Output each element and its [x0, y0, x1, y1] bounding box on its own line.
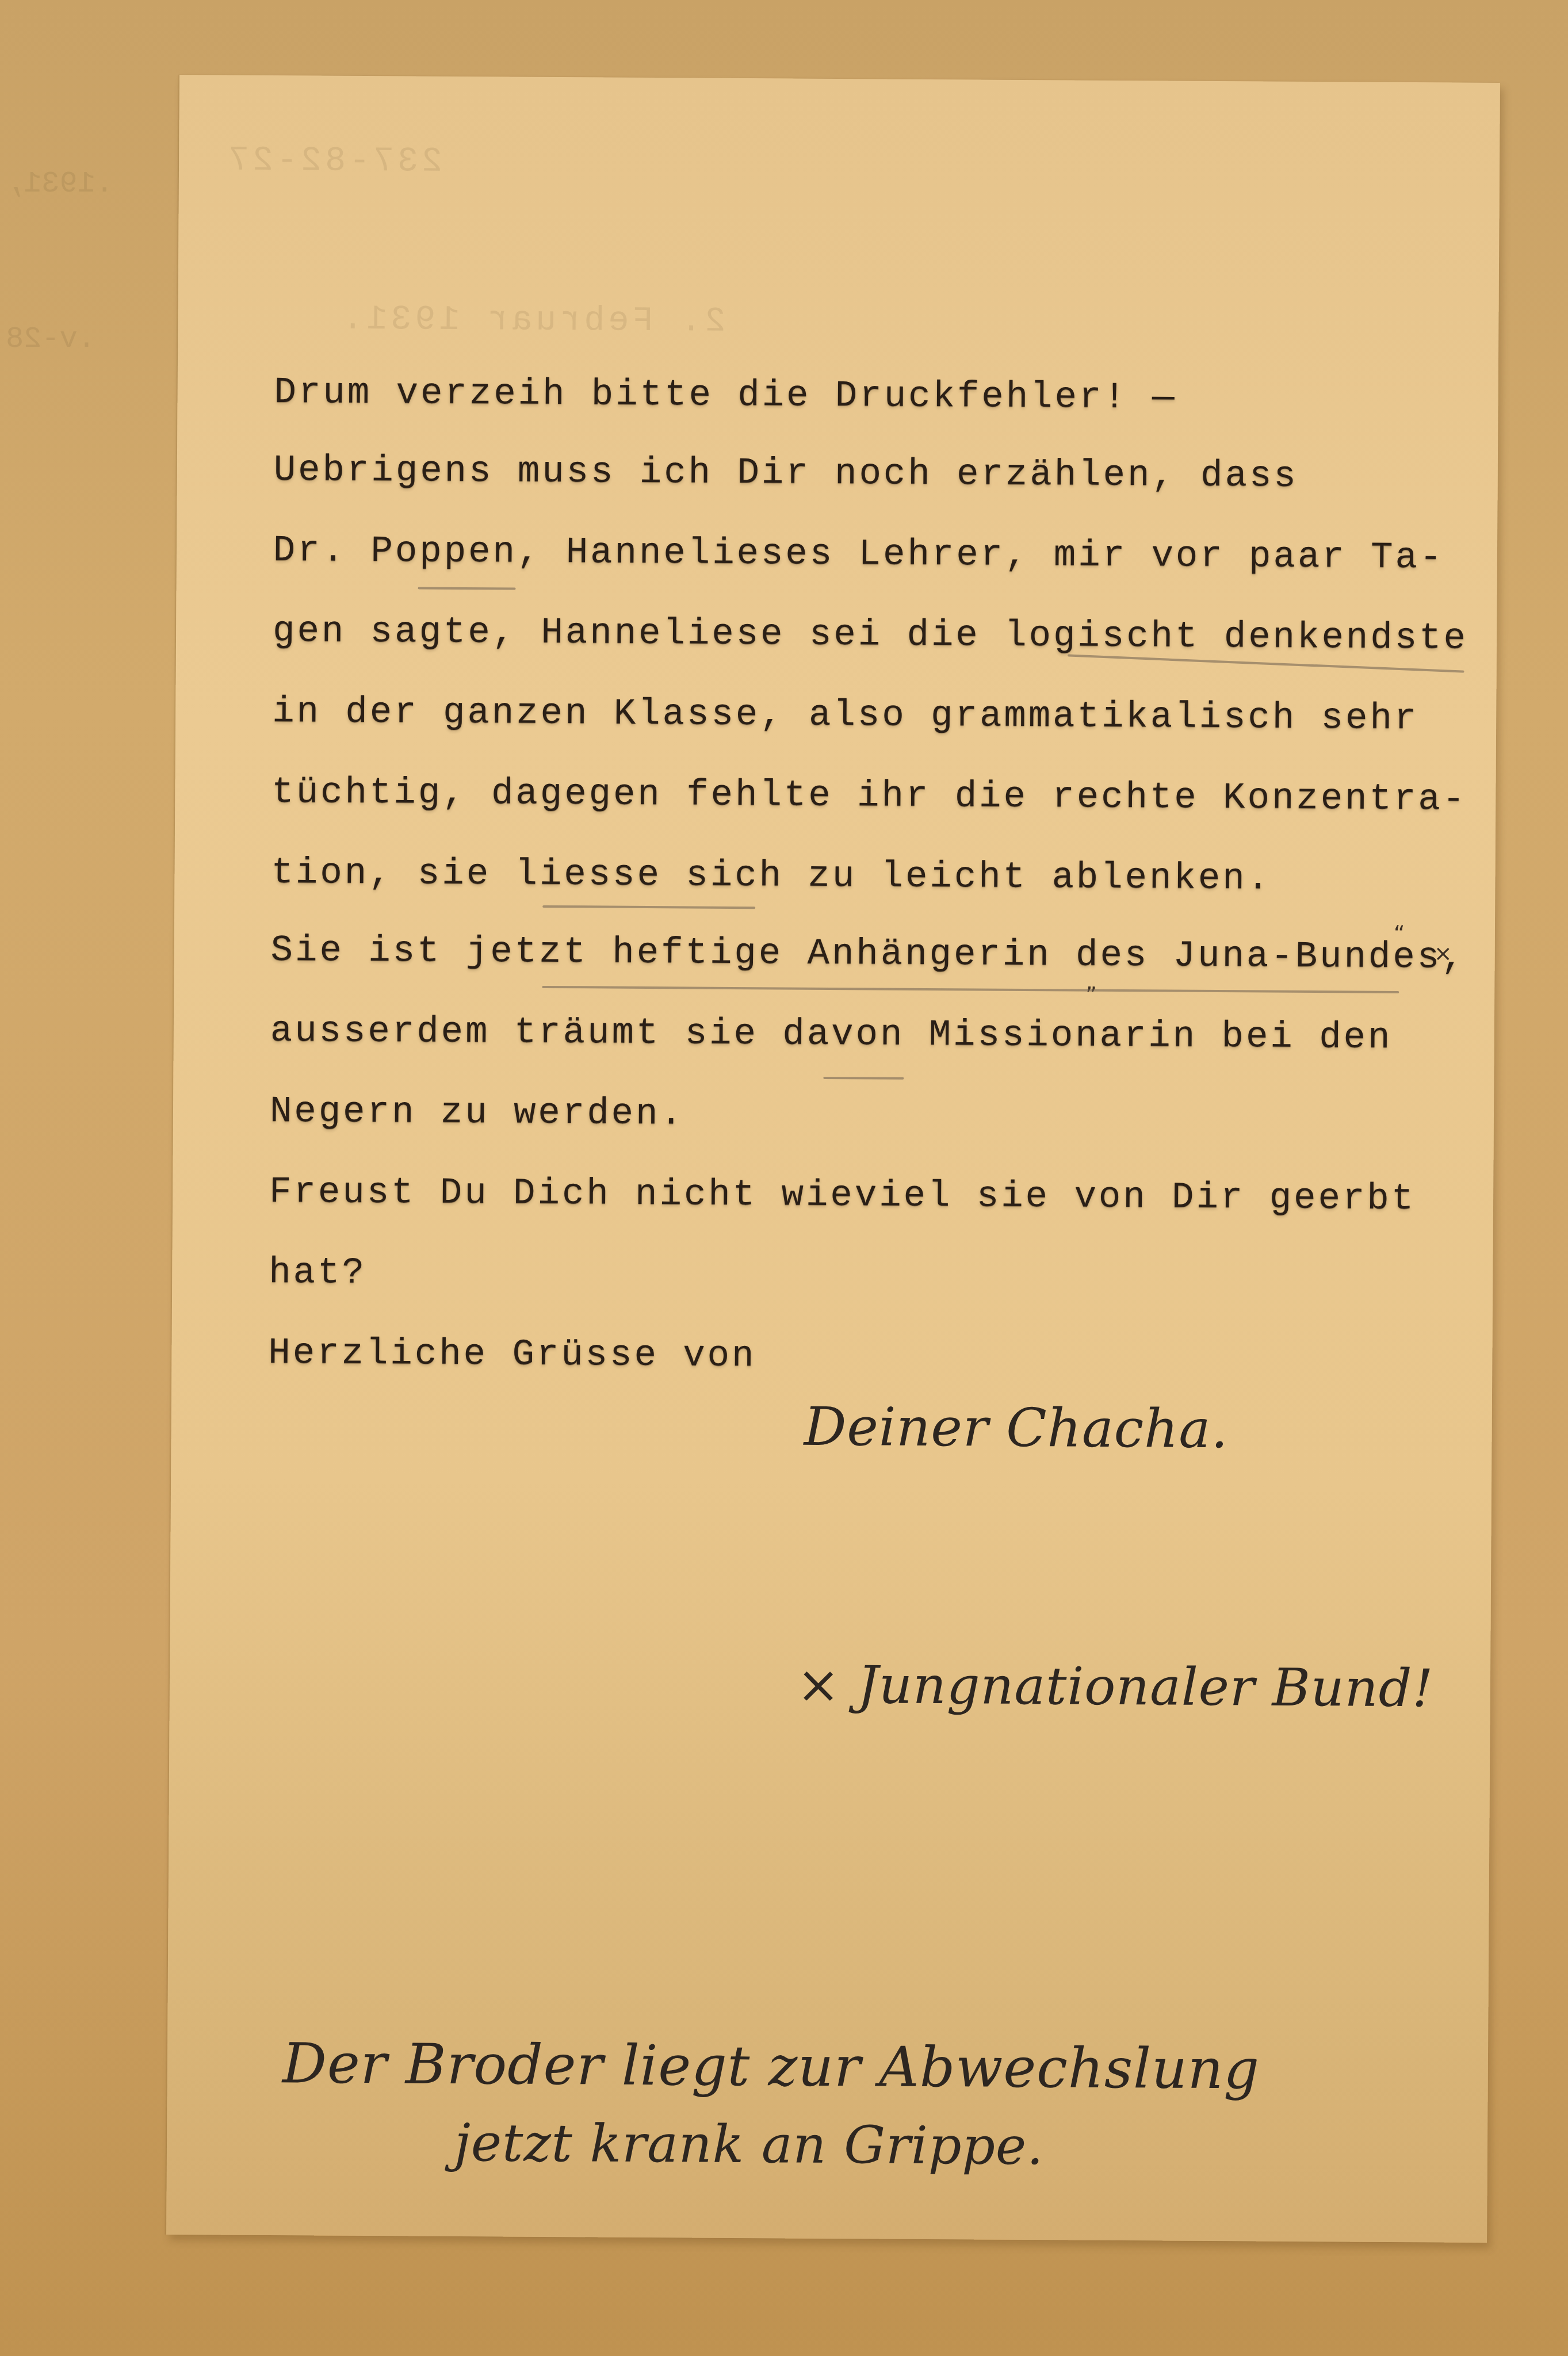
typed-line-12: hat?: [269, 1255, 366, 1292]
typed-line-3: Dr. Poppen, Hannelieses Lehrer, mir vor …: [273, 533, 1444, 576]
letter-page: 237-82-27 2. Februar 1931. Drum verzeih …: [166, 75, 1500, 2243]
underlying-sheet-show-through: .v-28: [6, 322, 95, 356]
typed-line-1: Drum verzeih bitte die Druckfehler! —: [274, 374, 1176, 417]
typed-line-10: Negern zu werden.: [270, 1093, 684, 1133]
typed-line-4: gen sagte, Hanneliese sei die logischt d…: [273, 613, 1468, 657]
pencil-underline-missionarin: [823, 1077, 904, 1080]
pencil-underline-leicht: [542, 905, 755, 909]
typed-line-11: Freust Du Dich nicht wieviel sie von Dir…: [269, 1174, 1416, 1218]
typed-line-2: Uebrigens muss ich Dir noch erzählen, da…: [274, 452, 1298, 495]
show-through-header: 237-82-27: [225, 141, 442, 181]
handwritten-postscript-line-1: Der Broder liegt zur Abwechslung: [282, 2031, 1260, 2101]
show-through-date: 2. Februar 1931.: [339, 300, 725, 342]
typed-line-7: tion, sie liesse sich zu leicht ablenken…: [271, 855, 1271, 898]
typed-line-9: ausserdem träumt sie davon Missionarin b…: [270, 1013, 1393, 1057]
closing-quote-mark: “: [1394, 921, 1405, 946]
pencil-underline-hannelieses: [418, 587, 516, 590]
typed-line-6: tüchtig, dagegen fehlte ihr die rechte K…: [271, 774, 1467, 819]
typed-line-5: in der ganzen Klasse, also grammatikalis…: [272, 694, 1418, 737]
underlying-sheet-show-through: .1931,: [6, 167, 113, 201]
handwritten-postscript-line-2: jetzt krank an Grippe.: [454, 2113, 1045, 2177]
handwritten-signature: Deiner Chacha.: [804, 1396, 1229, 1460]
footnote-marker: ×: [1434, 940, 1452, 966]
typed-line-8: Sie ist jetzt heftige Anhängerin des Jun…: [271, 932, 1466, 977]
handwritten-footnote: × Jungnationaler Bund!: [797, 1655, 1434, 1719]
typed-line-13: Herzliche Grüsse von: [268, 1335, 756, 1375]
pencil-underline-juna-bundes: [542, 986, 1399, 993]
